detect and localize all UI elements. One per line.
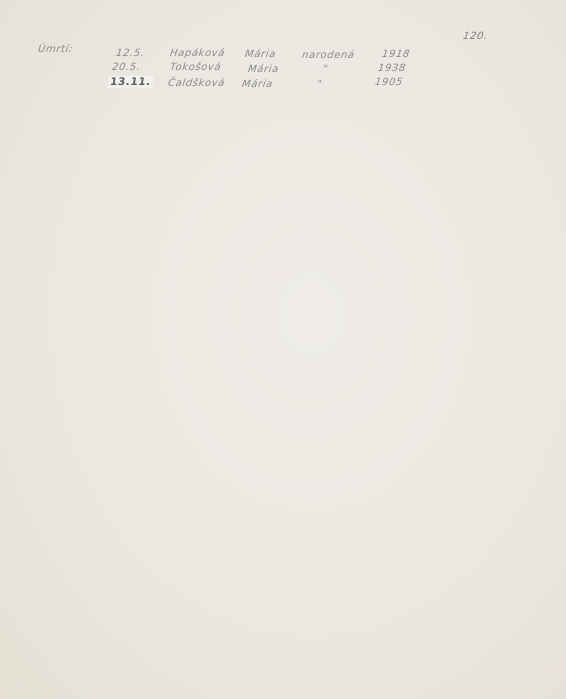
entry-status: " — [316, 79, 323, 90]
entry-date: 20.5. — [111, 62, 141, 73]
page-number: 120. — [462, 31, 488, 42]
entry-first-name: Mária — [244, 49, 276, 60]
entry-status: " — [322, 64, 329, 75]
entry-year: 1918 — [381, 49, 410, 60]
entry-surname: Hapáková — [169, 48, 225, 59]
entry-status: narodená — [301, 50, 355, 61]
entry-year: 1938 — [377, 63, 406, 74]
entry-date: 12.5. — [115, 48, 145, 59]
entry-year: 1905 — [374, 77, 403, 88]
section-label: Úmrtí: — [37, 44, 73, 55]
document-page: 120. Úmrtí: 12.5. Hapáková Mária naroden… — [0, 0, 566, 699]
entry-first-name: Mária — [241, 79, 273, 90]
entry-surname: Tokošová — [169, 62, 222, 73]
entry-first-name: Mária — [247, 64, 279, 75]
entry-date: 13.11. — [107, 76, 153, 88]
entry-surname: Čaldšková — [167, 78, 225, 89]
